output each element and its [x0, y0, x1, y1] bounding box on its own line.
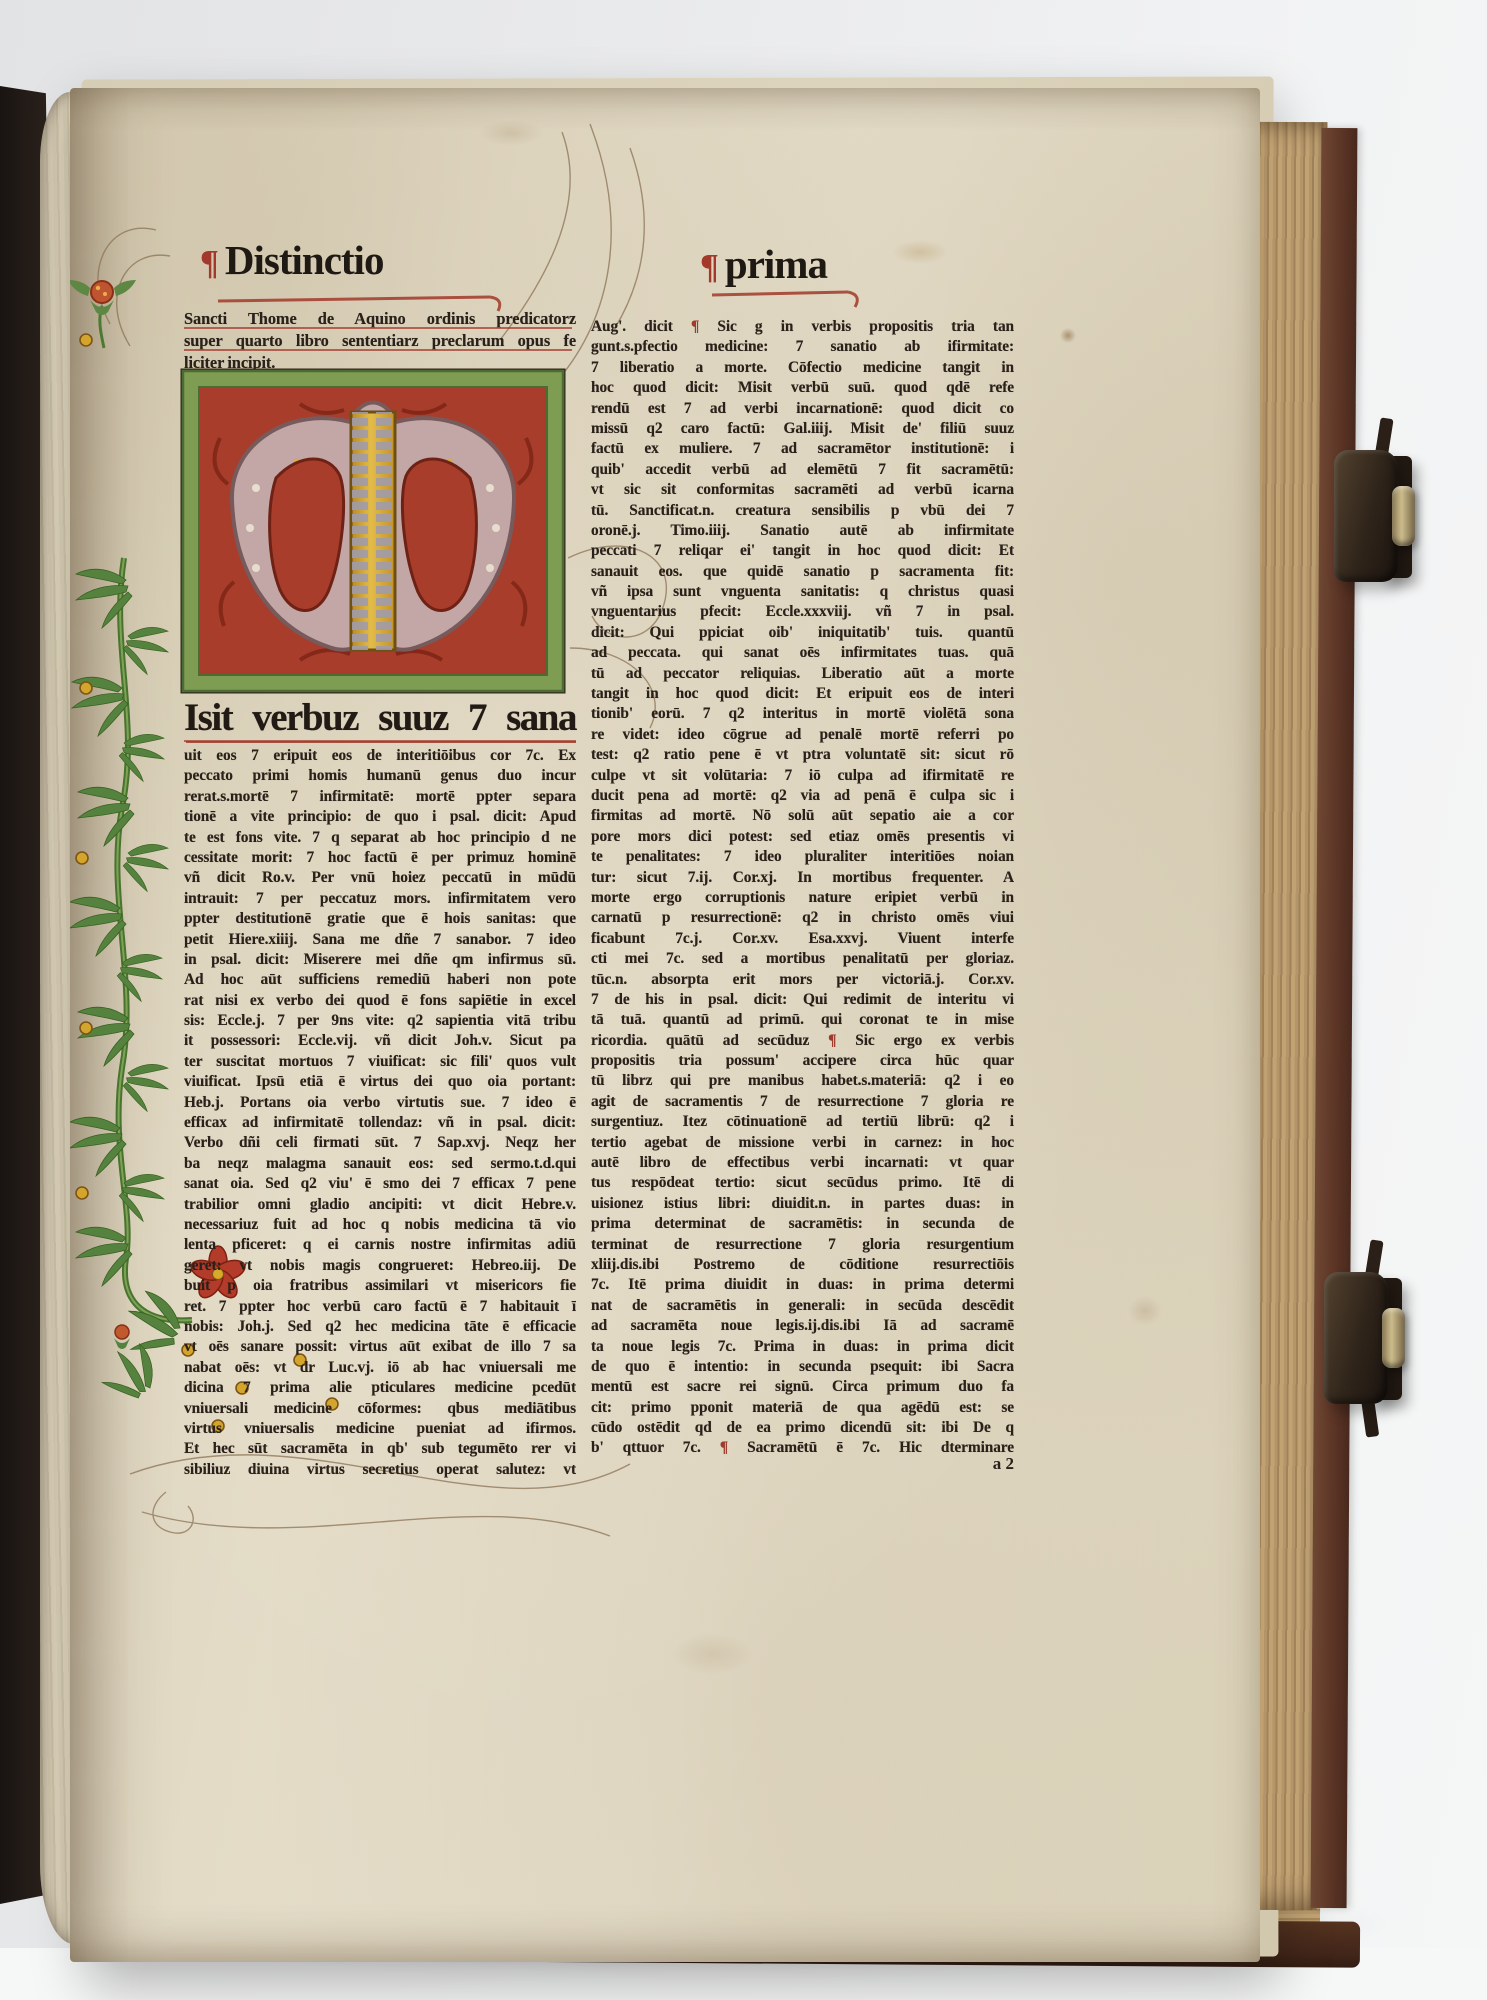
text-line: pore mors dici potest: sed etiaz omēs pr… — [591, 827, 1014, 847]
stain — [1128, 1296, 1162, 1326]
text-line: re videt: ideo cōgrue ad penalē mortē re… — [591, 725, 1014, 745]
text-line: ad peccata. qui sanat oēs infirmitates t… — [591, 643, 1014, 663]
text-line: tū ad peccator reliquias. Liberatio aūt … — [591, 664, 1014, 684]
text-line: tionib' eorū. 7 q2 interitus in mortē vi… — [591, 704, 1014, 724]
text-line: te penalitates: 7 ideo pluraliter interi… — [591, 847, 1014, 867]
text-line: geret: vt nobis magis congrueret: Hebreo… — [184, 1256, 576, 1276]
text-line: intrauit: 7 per peccatuz mors. infirmita… — [184, 889, 576, 909]
text-line: hoc quod dicit: Misit verbū suū. quod qd… — [591, 378, 1014, 398]
text-line: Ad hoc aūt sufficiens remediū haberi non… — [184, 970, 576, 990]
pilcrow-icon: ¶ — [200, 243, 218, 282]
text-line: lenta pficeret: q ei carnis nostre infir… — [184, 1235, 576, 1255]
text-line: ta noue legis 7c. Prima in duas: in prim… — [591, 1337, 1014, 1357]
text-line: missū q2 caro factū: Gal.iiij. Misit de'… — [591, 419, 1014, 439]
text-line: nat de sacramētis in generali: in secūda… — [591, 1296, 1014, 1316]
parchment-page: ¶Distinctio ¶prima Sancti Thome de Aquin… — [70, 88, 1260, 1962]
text-line: uisionez istius libri: diuidit.n. in par… — [591, 1194, 1014, 1214]
text-line: vt sic sit conformitas sacramēti ad verb… — [591, 480, 1014, 500]
text-line: Et hec sūt sacramēta in qb' sub tegumēto… — [184, 1439, 576, 1459]
text-line: sibiliuz diuina virtus secretius operat … — [184, 1460, 576, 1480]
text-line: vnguentarius pfecit: Eccle.xxxviij. vñ 7… — [591, 602, 1014, 622]
text-line: culpe vt sit volūtaria: 7 iō culpa ad if… — [591, 766, 1014, 786]
running-title-right-text: prima — [725, 241, 827, 287]
text-line: carnatū p resurrectionē: q2 in christo o… — [591, 908, 1014, 928]
text-line: super quarto libro sententiarz preclarum… — [184, 330, 576, 352]
leaf-sprigs — [70, 569, 192, 1408]
text-line: tū. Sanctificat.n. creatura sensibilis p… — [591, 501, 1014, 521]
text-line: 7 liberatio a morte. Cōfectio medicine t… — [591, 358, 1014, 378]
text-line: viuificat. Ipsū etiā ē virtus dei quo oi… — [184, 1072, 576, 1092]
initial-artwork — [180, 368, 566, 694]
text-line: buit p oia fratribus assimilari vt miser… — [184, 1276, 576, 1296]
text-line: cūdo ostēdit qd de ea primo dicendū sit:… — [591, 1418, 1014, 1438]
clasp-plate — [1324, 1272, 1388, 1404]
text-line: in psal. dicit: Miserere mei dñe qm infi… — [184, 950, 576, 970]
text-line: sanauit eos. que quidē sanatio p sacrame… — [591, 562, 1014, 582]
text-line: firmitas ad mortē. Nō solū aūt sepatio a… — [591, 806, 1014, 826]
pilcrow-icon: ¶ — [700, 247, 718, 286]
text-line: rendū est 7 ad verbi incarnationē: quod … — [591, 399, 1014, 419]
stain — [892, 240, 948, 264]
text-line: de quo ē intentio: in secunda psequit: i… — [591, 1357, 1014, 1377]
text-column-right: Aug'. dicit ¶ Sic g in verbis propositis… — [591, 317, 1014, 1459]
text-line: 7c. Itē prima diuidit in duas: in prima … — [591, 1275, 1014, 1295]
text-line: ba neqz malagma sanauit eos: sed sermo.t… — [184, 1154, 576, 1174]
text-line: peccato primi homis humanū genus duo inc… — [184, 766, 576, 786]
text-line: trabilior omni gladio ancipiti: vt dicit… — [184, 1195, 576, 1215]
text-line: te est fons vite. 7 q separat ab hoc pri… — [184, 828, 576, 848]
text-line: vniuersali medicine cōformes: qbus mediā… — [184, 1399, 576, 1419]
text-line: tus respōdeat tertio: sicut secūdus prim… — [591, 1173, 1014, 1193]
text-line: ppter destitutionē gratie que ē hois san… — [184, 909, 576, 929]
text-line: xliij.dis.ibi Postremo de cōditione resu… — [591, 1255, 1014, 1275]
text-line: necessariuz fuit ad hoc q nobis medicina… — [184, 1215, 576, 1235]
running-title-left: ¶Distinctio — [200, 236, 383, 284]
clasp-bottom — [1324, 1250, 1424, 1425]
text-line: dicit: Qui ppiciat oib' iniquitatib' tui… — [591, 623, 1014, 643]
illuminated-initial-m: M — [180, 368, 566, 694]
stain — [478, 120, 544, 146]
text-line: test: q2 ratio pene ē vt ptra voluntatē … — [591, 745, 1014, 765]
text-line: agit de sacramentis 7 de resurrectione 7… — [591, 1092, 1014, 1112]
text-line: tū librz qui pre manibus habet.s.materiā… — [591, 1071, 1014, 1091]
text-line: vñ dicit Ro.v. Per vnū hoiez peccatū in … — [184, 868, 576, 888]
text-line: terminat de resurrectione 7 gloria resur… — [591, 1235, 1014, 1255]
text-line: cessitate morit: 7 hoc factū ē per primu… — [184, 848, 576, 868]
text-line: peccati 7 reliqar ei' tangit in hoc quod… — [591, 541, 1014, 561]
clasp-hinge-pin-icon — [1392, 486, 1415, 546]
text-line: tertio agebat de missione verbi in carne… — [591, 1133, 1014, 1153]
text-line: propositis tria possum' accipere circa h… — [591, 1051, 1014, 1071]
text-line: 7 de his in psal. dicit: Qui redimit de … — [591, 990, 1014, 1010]
text-line: quib' accedit verbū ad elemētū 7 fit sac… — [591, 460, 1014, 480]
text-line: ficabunt 7c.j. Cor.xv. Esa.xxvj. Viuent … — [591, 929, 1014, 949]
text-line: sanat oia. Sed q2 viu' ē smo dei 7 effic… — [184, 1174, 576, 1194]
opening-line: Isit verbuz suuz 7 sana — [184, 694, 576, 744]
text-line: virtus vniuersalis medicine pueniat ad i… — [184, 1419, 576, 1439]
text-line: mentū est sacre rei signū. Circa primum … — [591, 1377, 1014, 1397]
photo-of-incunabulum: ¶Distinctio ¶prima Sancti Thome de Aquin… — [0, 0, 1487, 2000]
text-line: nabat oēs: vt dr Luc.vj. iō ab hac vniue… — [184, 1358, 576, 1378]
text-line: sis: Eccle.j. 7 per 9ns vite: q2 sapient… — [184, 1011, 576, 1031]
text-line: efficax ad infirmitatē tollendaz: vñ in … — [184, 1113, 576, 1133]
text-line: tangit in hoc quod dicit: Et eripuit eos… — [591, 684, 1014, 704]
text-line: Heb.j. Portans oia verbo virtutis sue. 7… — [184, 1093, 576, 1113]
text-line: uit eos 7 eripuit eos de interitiōibus c… — [184, 746, 576, 766]
text-line: ricordia. quātū ad secūduz ¶ Sic ergo ex… — [591, 1031, 1014, 1051]
text-line: rat nisi ex verbo dei quod ē fons sapiēt… — [184, 991, 576, 1011]
text-line: dicina 7 prima alie pticulares medicine … — [184, 1378, 576, 1398]
text-line: autē libro de effectibus verbi incarnati… — [591, 1153, 1014, 1173]
text-line: morte ergo corruptionis nature eripiet v… — [591, 888, 1014, 908]
stain — [670, 1633, 754, 1675]
incipit: Sancti Thome de Aquino ordinis predicato… — [184, 308, 576, 374]
text-line: tā tuā. quantū ad primū. qui coronat te … — [591, 1010, 1014, 1030]
text-line: cti mei 7c. sed a mortibus penalitatū pe… — [591, 949, 1014, 969]
text-line: ret. 7 ppter hoc verbū caro factū ē 7 ha… — [184, 1297, 576, 1317]
text-line: Verbo dñi celi firmati sūt. 7 Sap.xvj. N… — [184, 1133, 576, 1153]
text-column-left: uit eos 7 eripuit eos de interitiōibus c… — [184, 746, 576, 1480]
text-line: petit Hiere.xiiij. Sana me dñe 7 sanabor… — [184, 930, 576, 950]
text-line: Sancti Thome de Aquino ordinis predicato… — [184, 308, 576, 330]
signature-mark: a 2 — [591, 1454, 1054, 1474]
text-line: it possessori: Eccle.vij. vñ dicit Joh.v… — [184, 1031, 576, 1051]
clasp-hinge-pin-icon — [1382, 1308, 1405, 1368]
text-line: surgentiuz. Itez cōtinuationē ad tertiū … — [591, 1112, 1014, 1132]
text-line: tūc.n. absorpta erit mors per victoriā.j… — [591, 970, 1014, 990]
text-line: gunt.s.pfectio medicine: 7 sanatio ab if… — [591, 337, 1014, 357]
stain — [1060, 328, 1076, 343]
text-line: oronē.j. Timo.iiij. Sanatio autē ab infi… — [591, 521, 1014, 541]
text-line: rerat.s.mortē 7 infirmitatē: mortē ppter… — [184, 787, 576, 807]
text-line: ad sacramēta noue legis.ij.dis.ibi Iā ad… — [591, 1316, 1014, 1336]
text-line: Aug'. dicit ¶ Sic g in verbis propositis… — [591, 317, 1014, 337]
text-line: nobis: Joh.j. Sed q2 hec medicina tāte ē… — [184, 1317, 576, 1337]
text-line: prima determinat de sacramētis: in secun… — [591, 1214, 1014, 1234]
text-line: cit: primo pponit materiā de qua agēdū e… — [591, 1398, 1014, 1418]
text-line: factū ex muliere. 7 ad sacramētor instit… — [591, 439, 1014, 459]
text-line: tur: sicut 7.ij. Cor.xj. In mortibus fre… — [591, 868, 1014, 888]
text-line: vt oēs sanare possit: virtus aūt exibat … — [184, 1337, 576, 1357]
flower-top — [70, 280, 136, 348]
text-line: ter suscitat mortuos 7 viuificat: sic fi… — [184, 1052, 576, 1072]
running-title-left-text: Distinctio — [225, 237, 384, 283]
running-title-right: ¶prima — [700, 240, 827, 288]
text-line: vñ ipsa sunt vnguenta sanitatis: q chris… — [591, 582, 1014, 602]
text-line: tionē a vite principio: de quo i psal. d… — [184, 807, 576, 827]
clasp-top — [1334, 428, 1434, 603]
text-line: ducit pena ad mortē: q2 via ad penā ē cu… — [591, 786, 1014, 806]
clasp-plate — [1334, 450, 1398, 582]
